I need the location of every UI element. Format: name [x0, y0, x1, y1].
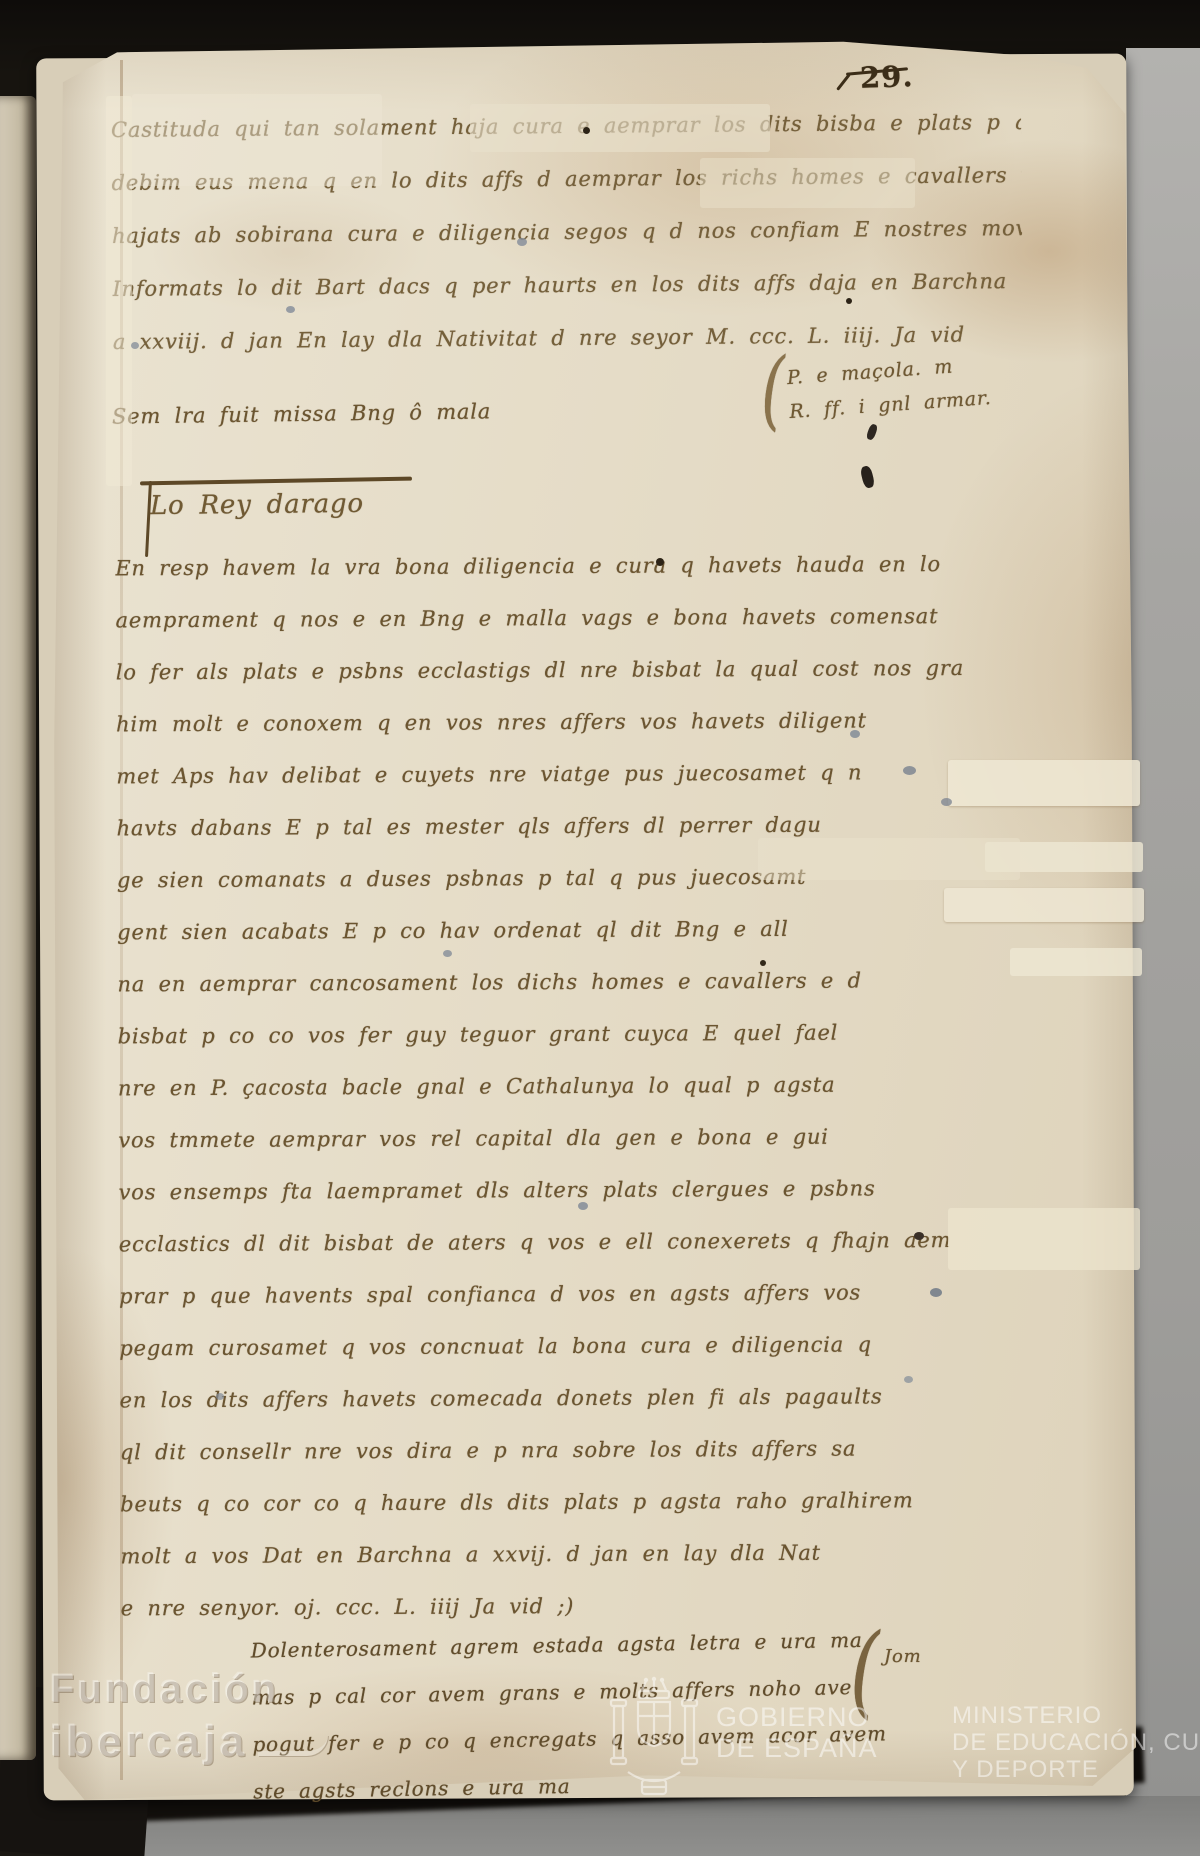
gobierno-watermark: GOBIERNO DE ESPAÑA — [716, 1702, 878, 1764]
manuscript-line: prar p que havents spal confianca d vos … — [119, 1266, 1027, 1323]
ink-spot — [656, 558, 664, 566]
ibercaja-watermark-text: ibercaja — [50, 1717, 248, 1766]
manuscript-line: ql dit consellr nre vos dira e p nra sob… — [120, 1422, 1028, 1479]
manuscript-line: gent sien acabats E p co hav ordenat ql … — [117, 902, 1025, 959]
letter-2-heading: Lo Rey darago — [150, 489, 364, 521]
repair-tape — [1010, 948, 1142, 976]
manuscript-line: aemprament q nos e en Bng e malla vags e… — [115, 590, 1023, 647]
manuscript-photo: 29. Castituda qui tan solament haja cura… — [0, 0, 1200, 1856]
ink-spot — [583, 127, 590, 134]
manuscript-line: na en aemprar cancosament los dichs home… — [117, 954, 1025, 1011]
repair-patch — [948, 1208, 1140, 1270]
manuscript-line: lo fer als plats e psbns ecclastigs dl n… — [116, 642, 1024, 699]
ibercaja-watermark-line2: ibercaja — [50, 1714, 328, 1769]
table-background-right — [1126, 48, 1200, 1810]
mold-spot — [286, 306, 295, 313]
ink-spot — [760, 960, 766, 966]
manuscript-line: hajats ab sobirana cura e diligencia seg… — [112, 202, 1022, 263]
manuscript-line: en los dits affers havets comecada donet… — [120, 1370, 1028, 1427]
manuscript-line: bisbat p co co vos fer guy teguor grant … — [118, 1006, 1026, 1063]
spain-coat-of-arms-watermark — [608, 1676, 700, 1800]
ibercaja-flourish — [258, 1735, 328, 1756]
abrasion — [470, 104, 770, 152]
mold-spot — [904, 1376, 913, 1383]
manuscript-line: nre en P. çacosta bacle gnal e Cathaluny… — [118, 1058, 1026, 1115]
gobierno-watermark-line1: GOBIERNO — [716, 1702, 878, 1733]
manuscript-line: ecclastics dl dit bisbat de aters q vos … — [119, 1214, 1027, 1271]
manuscript-line: met Aps hav delibat e cuyets nre viatge … — [116, 746, 1024, 803]
closing-side-mark: Jom — [884, 1646, 922, 1667]
ibercaja-watermark: Fundación ibercaja — [50, 1664, 328, 1769]
mold-spot — [941, 798, 952, 806]
ink-spot — [914, 1232, 924, 1240]
mold-spot — [930, 1288, 942, 1297]
repair-patch — [106, 96, 132, 486]
letter-2-text: En resp havem la vra bona diligencia e c… — [115, 538, 1029, 1635]
mold-spot — [903, 766, 916, 775]
mold-spot — [131, 342, 139, 349]
ministerio-watermark-line2: DE EDUCACIÓN, CULTURA — [952, 1729, 1200, 1756]
mold-spot — [850, 730, 860, 738]
facing-page-edge — [0, 96, 36, 1760]
folio-number: 29. — [859, 59, 914, 95]
gobierno-watermark-line2: DE ESPAÑA — [716, 1733, 878, 1764]
mold-spot — [517, 238, 527, 246]
signature-brace: ( — [761, 340, 785, 440]
ministerio-watermark: MINISTERIO DE EDUCACIÓN, CULTURA Y DEPOR… — [952, 1702, 1200, 1783]
manuscript-line: molt a vos Dat en Barchna a xxvij. d jan… — [120, 1526, 1028, 1583]
mold-spot — [216, 1393, 224, 1400]
manuscript-line: him molt e conoxem q en vos nres affers … — [116, 694, 1024, 751]
repair-tape — [948, 760, 1140, 806]
manuscript-line: En resp havem la vra bona diligencia e c… — [115, 538, 1023, 595]
manuscript-line: Informats lo dit Bart dacs q per haurts … — [112, 255, 1022, 316]
repair-patch — [132, 94, 382, 186]
ibercaja-watermark-line1: Fundación — [50, 1664, 328, 1714]
ministerio-watermark-line3: Y DEPORTE — [952, 1756, 1200, 1783]
abrasion — [758, 838, 1020, 880]
abrasion — [700, 158, 915, 208]
manuscript-line: vos ensemps fta laempramet dls alters pl… — [118, 1162, 1026, 1219]
mold-spot — [578, 1202, 588, 1210]
ink-spot — [846, 298, 852, 304]
chancery-signature: P. e maçola. m R. ff. i gnl armar. — [786, 347, 993, 429]
mold-spot — [443, 950, 452, 957]
ministerio-watermark-line1: MINISTERIO — [952, 1702, 1200, 1729]
repair-tape — [944, 888, 1144, 922]
manuscript-line: beuts q co cor co q haure dls dits plats… — [120, 1474, 1028, 1531]
manuscript-line: vos tmmete aemprar vos rel capital dla g… — [118, 1110, 1026, 1167]
manuscript-line: pegam curosamet q vos concnuat la bona c… — [119, 1318, 1027, 1375]
